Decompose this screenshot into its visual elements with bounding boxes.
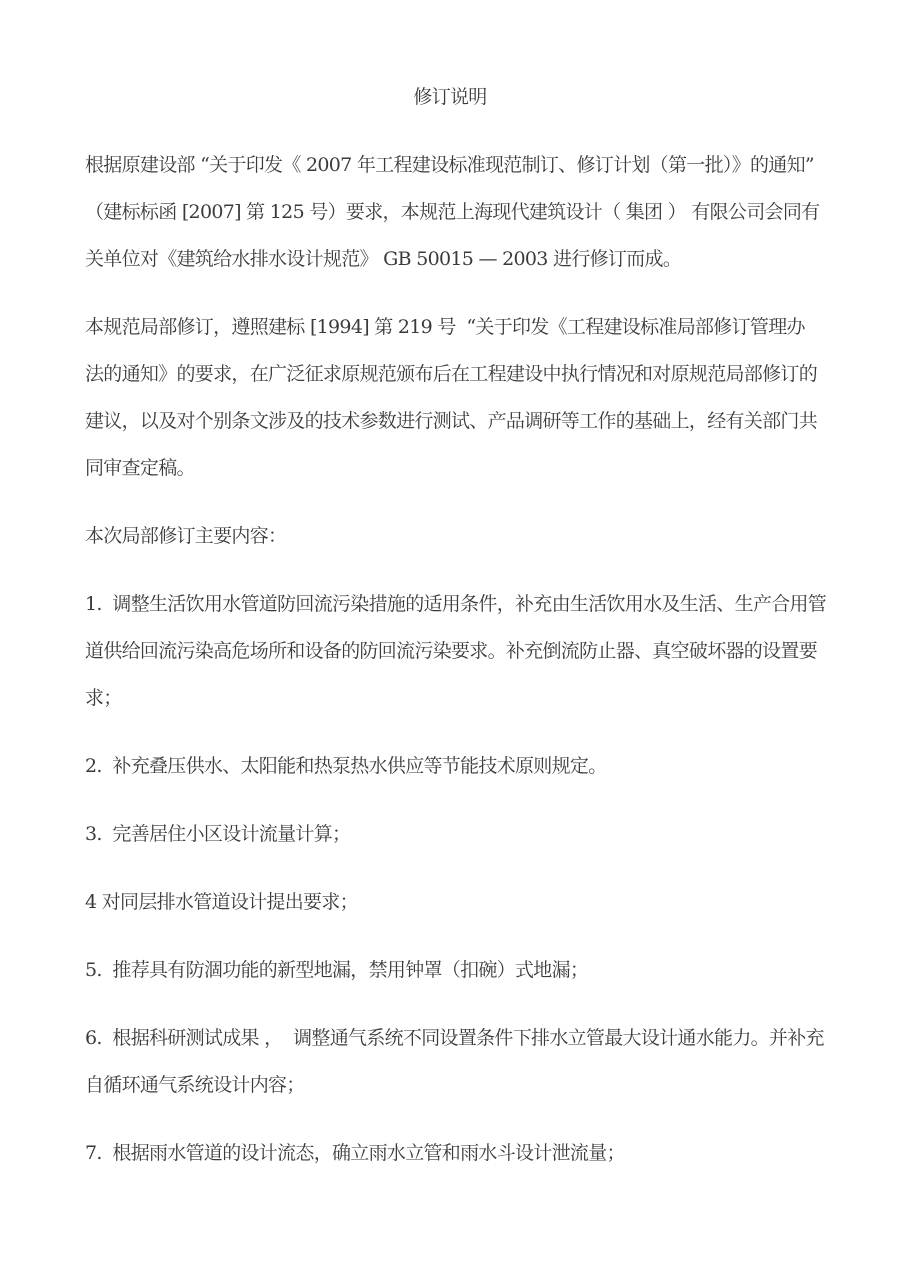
text-line: 关单位对《建筑给水排水设计规范》 GB 50015 — 2003 进行修订而成。 xyxy=(85,236,815,283)
text-line: 根据原建设部 “关于印发《 2007 年工程建设标准现范制订、修订计划（第一批）… xyxy=(85,142,815,189)
paragraph-revision-process: 本规范局部修订，遵照建标 [1994] 第 219 号 “关于印发《工程建设标准… xyxy=(85,304,815,492)
text-line: 5. 推荐具有防涸功能的新型地漏，禁用钟罩（扣碗）式地漏； xyxy=(85,947,815,994)
text-line: 3. 完善居住小区设计流量计算； xyxy=(85,811,815,858)
text-line: 建议，以及对个别条文涉及的技术参数进行测试、产品调研等工作的基础上，经有关部门共 xyxy=(85,398,815,445)
text-line: 本规范局部修订，遵照建标 [1994] 第 219 号 “关于印发《工程建设标准… xyxy=(85,304,815,351)
text-line: 同审查定稿。 xyxy=(85,445,815,492)
text-line: （建标标函 [2007] 第 125 号）要求，本规范上海现代建筑设计（ 集团 … xyxy=(85,189,815,236)
list-item-2: 2. 补充叠压供水、太阳能和热泵热水供应等节能技术原则规定。 xyxy=(85,743,815,790)
text-line: 7. 根据雨水管道的设计流态，确立雨水立管和雨水斗设计泄流量； xyxy=(85,1130,815,1177)
list-item-6: 6. 根据科研测试成果 ， 调整通气系统不同设置条件下排水立管最大设计通水能力。… xyxy=(85,1015,815,1109)
text-line: 1. 调整生活饮用水管道防回流污染措施的适用条件，补充由生活饮用水及生活、生产合… xyxy=(85,581,815,628)
document-title: 修订说明 xyxy=(85,74,815,121)
text-line: 6. 根据科研测试成果 ， 调整通气系统不同设置条件下排水立管最大设计通水能力。… xyxy=(85,1015,815,1062)
list-item-3: 3. 完善居住小区设计流量计算； xyxy=(85,811,815,858)
text-line: 法的通知》的要求，在广泛征求原规范颁布后在工程建设中执行情况和对原规范局部修订的 xyxy=(85,351,815,398)
text-line: 4 对同层排水管道设计提出要求； xyxy=(85,879,815,926)
text-line: 自循环通气系统设计内容； xyxy=(85,1062,815,1109)
contents-heading: 本次局部修订主要内容： xyxy=(85,513,815,560)
list-item-1: 1. 调整生活饮用水管道防回流污染措施的适用条件，补充由生活饮用水及生活、生产合… xyxy=(85,581,815,722)
document-page: 修订说明 根据原建设部 “关于印发《 2007 年工程建设标准现范制订、修订计划… xyxy=(0,0,900,1273)
list-item-7: 7. 根据雨水管道的设计流态，确立雨水立管和雨水斗设计泄流量； xyxy=(85,1130,815,1177)
text-line: 2. 补充叠压供水、太阳能和热泵热水供应等节能技术原则规定。 xyxy=(85,743,815,790)
text-line: 本次局部修订主要内容： xyxy=(85,513,815,560)
text-line: 道供给回流污染高危场所和设备的防回流污染要求。补充倒流防止器、真空破坏器的设置要 xyxy=(85,628,815,675)
list-item-4: 4 对同层排水管道设计提出要求； xyxy=(85,879,815,926)
text-line: 求； xyxy=(85,675,815,722)
paragraph-intro: 根据原建设部 “关于印发《 2007 年工程建设标准现范制订、修订计划（第一批）… xyxy=(85,142,815,283)
list-item-5: 5. 推荐具有防涸功能的新型地漏，禁用钟罩（扣碗）式地漏； xyxy=(85,947,815,994)
